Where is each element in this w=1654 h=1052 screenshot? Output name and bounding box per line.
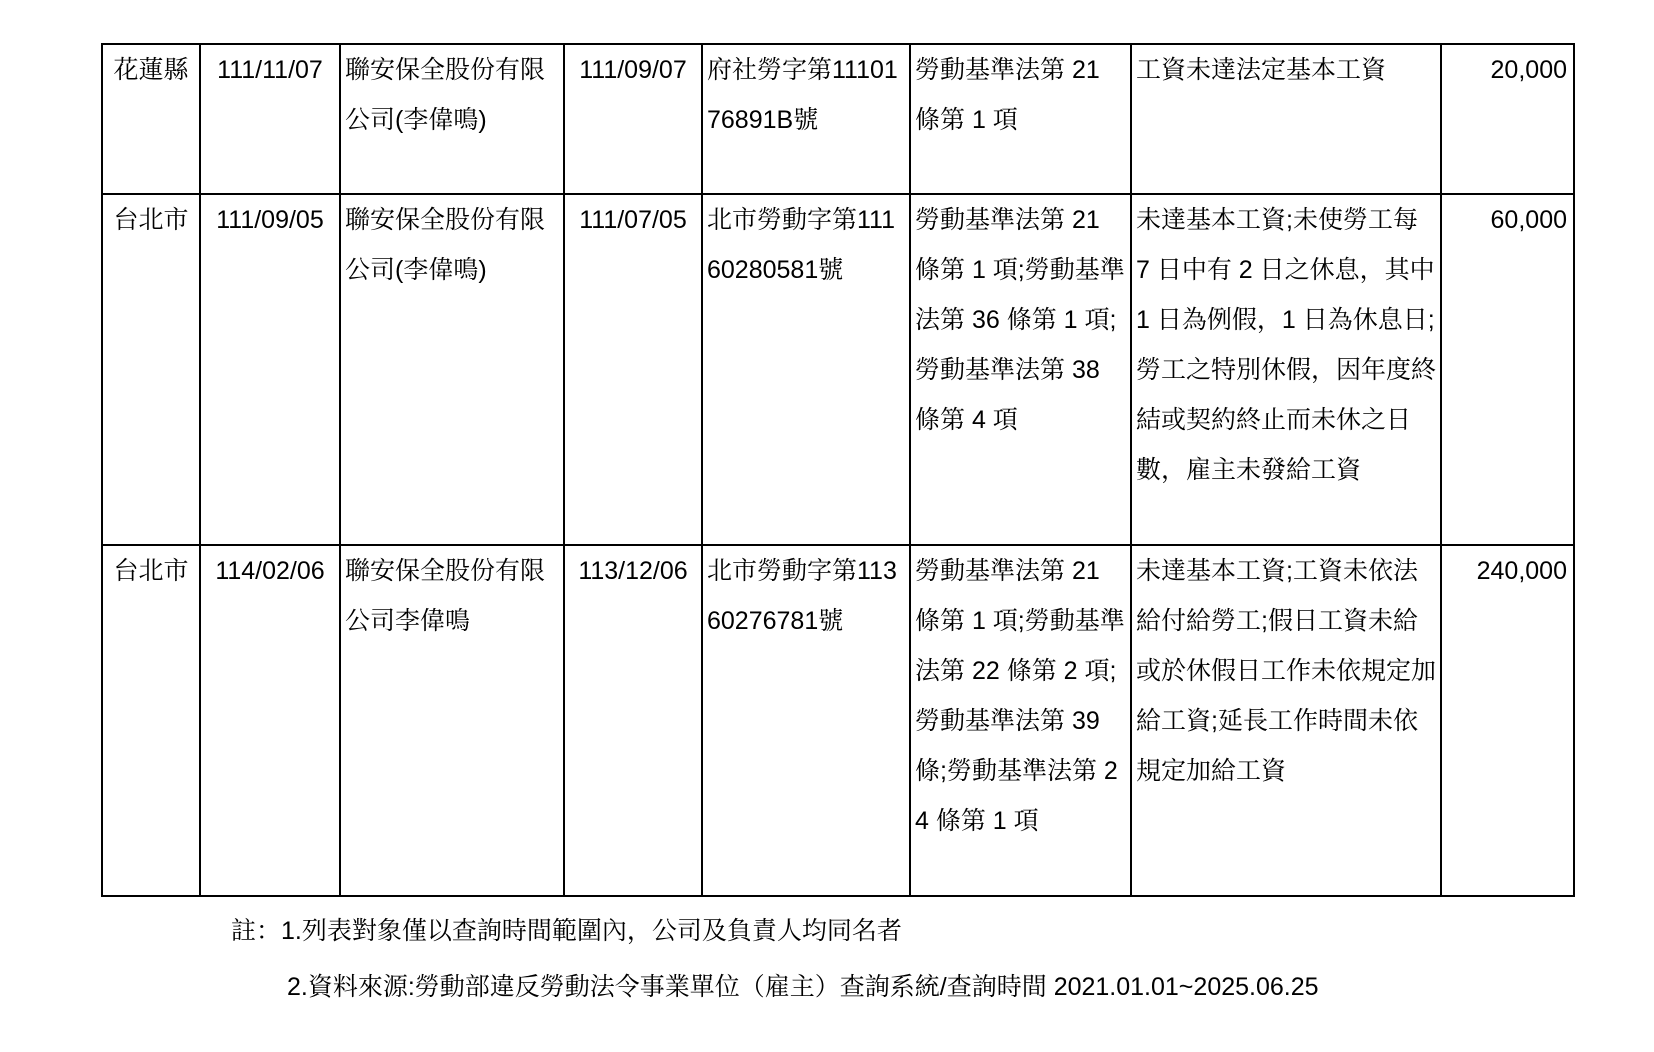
disposition-date-cell: 111/07/05: [564, 194, 702, 545]
violation-content-cell: 工資未達法定基本工資: [1131, 44, 1441, 194]
penalty-date-cell: 114/02/06: [200, 545, 340, 896]
fine-amount-cell: 240,000: [1441, 545, 1574, 896]
penalty-date-cell: 111/11/07: [200, 44, 340, 194]
company-cell: 聯安保全股份有限公司(李偉鳴): [340, 194, 564, 545]
document-number-cell: 北市勞動字第11360276781號: [702, 545, 910, 896]
footnote-source: 2.資料來源:勞動部違反勞動法令事業單位（雇主）查詢系統/查詢時間 2021.0…: [287, 972, 1319, 1002]
violation-content-cell: 未達基本工資;未使勞工每 7 日中有 2 日之休息，其中 1 日為例假，1 日為…: [1131, 194, 1441, 545]
county-cell: 台北市: [102, 545, 200, 896]
fine-amount-cell: 20,000: [1441, 44, 1574, 194]
document-number-cell: 府社勞字第1110176891B號: [702, 44, 910, 194]
law-violated-cell: 勞動基準法第 21 條第 1 項;勞動基準法第 36 條第 1 項;勞動基準法第…: [910, 194, 1131, 545]
penalty-date-cell: 111/09/05: [200, 194, 340, 545]
violation-content-cell: 未達基本工資;工資未依法給付給勞工;假日工資未給或於休假日工作未依規定加給工資;…: [1131, 545, 1441, 896]
law-violated-cell: 勞動基準法第 21 條第 1 項: [910, 44, 1131, 194]
company-cell: 聯安保全股份有限公司(李偉鳴): [340, 44, 564, 194]
violations-table: 花蓮縣 111/11/07 聯安保全股份有限公司(李偉鳴) 111/09/07 …: [101, 43, 1575, 897]
county-cell: 台北市: [102, 194, 200, 545]
law-violated-cell: 勞動基準法第 21 條第 1 項;勞動基準法第 22 條第 2 項;勞動基準法第…: [910, 545, 1131, 896]
table-row: 台北市 114/02/06 聯安保全股份有限公司李偉鳴 113/12/06 北市…: [102, 545, 1574, 896]
county-cell: 花蓮縣: [102, 44, 200, 194]
disposition-date-cell: 113/12/06: [564, 545, 702, 896]
table-row: 台北市 111/09/05 聯安保全股份有限公司(李偉鳴) 111/07/05 …: [102, 194, 1574, 545]
table-row: 花蓮縣 111/11/07 聯安保全股份有限公司(李偉鳴) 111/09/07 …: [102, 44, 1574, 194]
document-number-cell: 北市勞動字第11160280581號: [702, 194, 910, 545]
fine-amount-cell: 60,000: [1441, 194, 1574, 545]
disposition-date-cell: 111/09/07: [564, 44, 702, 194]
company-cell: 聯安保全股份有限公司李偉鳴: [340, 545, 564, 896]
footnote-scope: 註：1.列表對象僅以查詢時間範圍內，公司及負責人均同名者: [231, 916, 902, 946]
